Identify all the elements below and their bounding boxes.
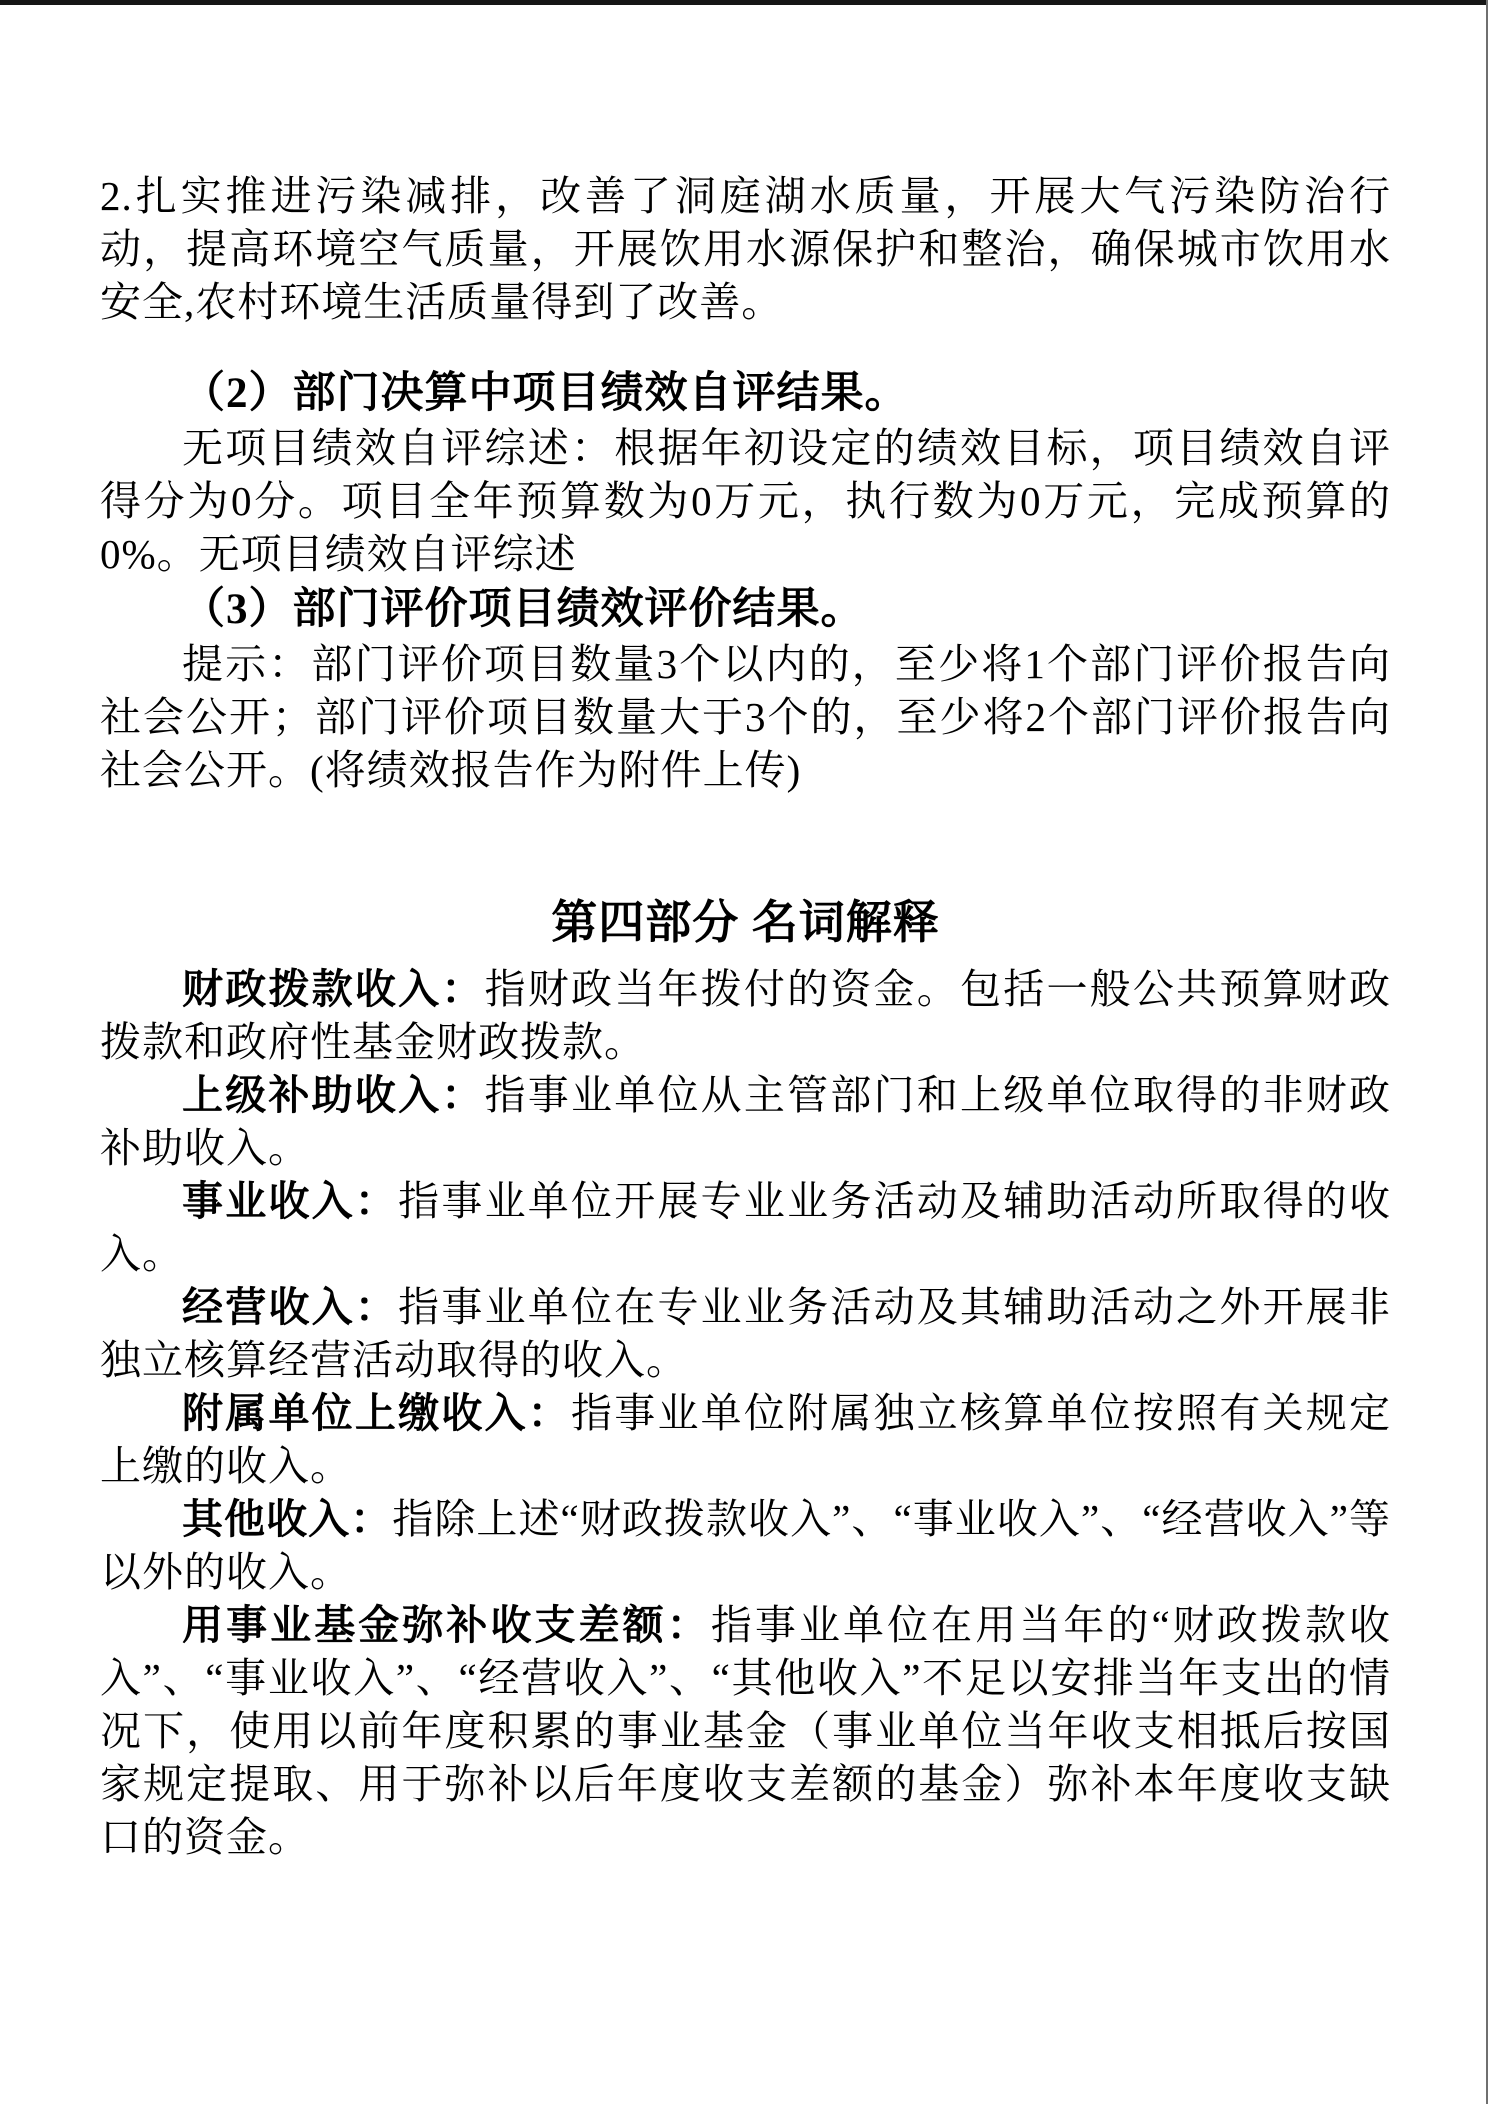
- definition-term: 事业收入：: [182, 1178, 398, 1224]
- definition-paragraph: 上级补助收入：指事业单位从主管部门和上级单位取得的非财政补助收入。: [100, 1069, 1391, 1175]
- definition-term: 财政拨款收入：: [182, 966, 485, 1012]
- definition-paragraph: 用事业基金弥补收支差额：指事业单位在用当年的“财政拨款收入”、“事业收入”、“经…: [100, 1599, 1391, 1864]
- subsection-heading: （2）部门决算中项目绩效自评结果。: [100, 365, 1391, 422]
- definition-term: 上级补助收入：: [182, 1072, 485, 1118]
- paragraph: 2.扎实推进污染减排，改善了洞庭湖水质量，开展大气污染防治行动，提高环境空气质量…: [100, 170, 1391, 329]
- definition-term: 附属单位上缴收入：: [182, 1390, 571, 1436]
- scan-edge-top: [0, 0, 1488, 5]
- definition-paragraph: 财政拨款收入：指财政当年拨付的资金。包括一般公共预算财政拨款和政府性基金财政拨款…: [100, 963, 1391, 1069]
- definition-term: 其他收入：: [182, 1496, 392, 1542]
- document-content: 2.扎实推进污染减排，改善了洞庭湖水质量，开展大气污染防治行动，提高环境空气质量…: [100, 170, 1391, 1864]
- section-title: 第四部分 名词解释: [100, 897, 1391, 949]
- subsection-heading: （3）部门评价项目绩效评价结果。: [100, 581, 1391, 638]
- definition-paragraph: 附属单位上缴收入：指事业单位附属独立核算单位按照有关规定上缴的收入。: [100, 1387, 1391, 1493]
- definition-term: 经营收入：: [182, 1284, 398, 1330]
- definition-paragraph: 事业收入：指事业单位开展专业业务活动及辅助活动所取得的收入。: [100, 1175, 1391, 1281]
- definition-paragraph: 其他收入：指除上述“财政拨款收入”、“事业收入”、“经营收入”等以外的收入。: [100, 1493, 1391, 1599]
- definition-term: 用事业基金弥补收支差额：: [182, 1602, 711, 1648]
- paragraph: 提示：部门评价项目数量3个以内的，至少将1个部门评价报告向社会公开；部门评价项目…: [100, 638, 1391, 797]
- document-page: 2.扎实推进污染减排，改善了洞庭湖水质量，开展大气污染防治行动，提高环境空气质量…: [0, 0, 1488, 2104]
- definition-paragraph: 经营收入：指事业单位在专业业务活动及其辅助活动之外开展非独立核算经营活动取得的收…: [100, 1281, 1391, 1387]
- paragraph: 无项目绩效自评综述：根据年初设定的绩效目标，项目绩效自评得分为0分。项目全年预算…: [100, 422, 1391, 581]
